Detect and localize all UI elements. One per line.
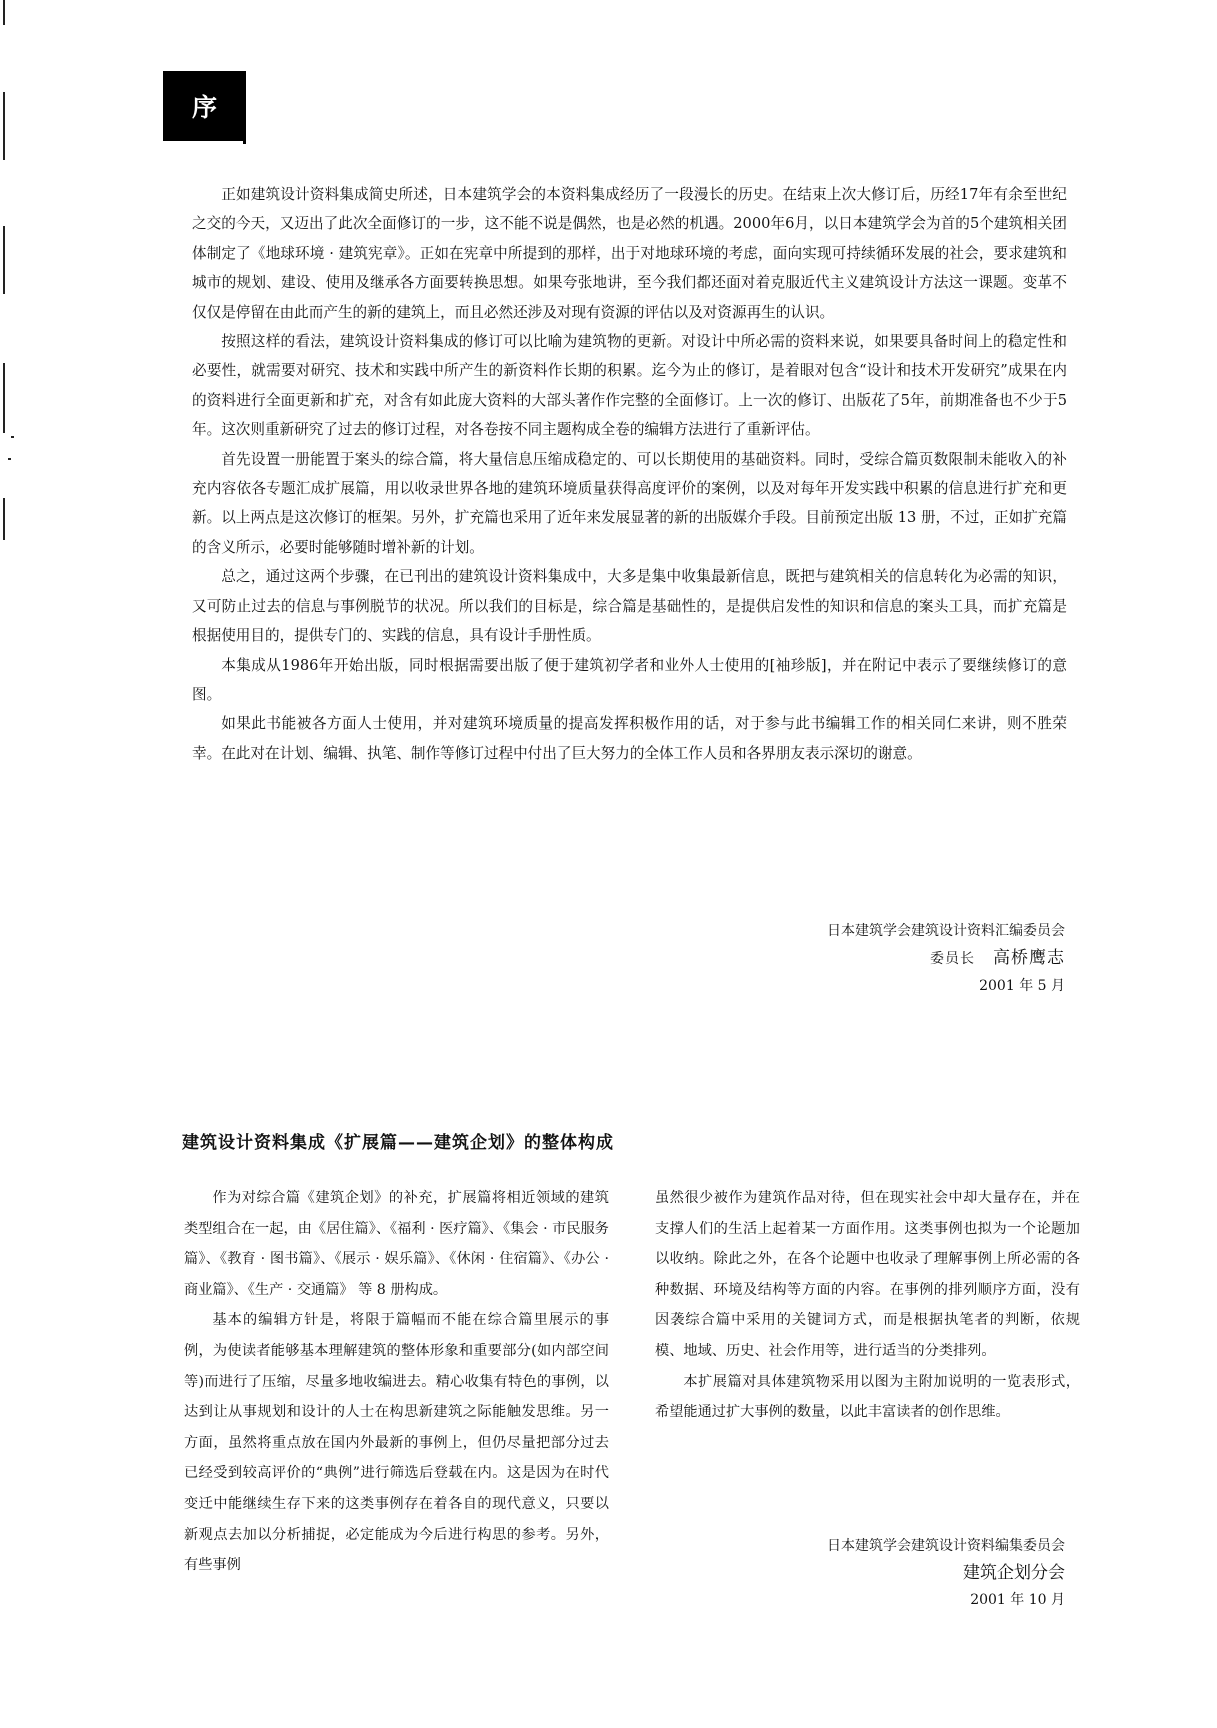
signature-name-line: 委员长高桥鹰志: [827, 945, 1065, 973]
signature-date: 2001 年 10 月: [827, 1587, 1065, 1614]
signature-date: 2001 年 5 月: [827, 973, 1065, 1000]
scan-artifact-line: [3, 498, 5, 540]
signature-organization: 日本建筑学会建筑设计资料汇编委员会: [827, 918, 1065, 945]
overview-paragraph: 基本的编辑方针是，将限于篇幅而不能在综合篇里展示的事例，为使读者能够基本理解建筑…: [184, 1305, 609, 1580]
overview-signature: 日本建筑学会建筑设计资料编集委员会 建筑企划分会 2001 年 10 月: [827, 1533, 1065, 1614]
signature-subcommittee: 建筑企划分会: [827, 1560, 1065, 1587]
scan-artifact-dot: [8, 458, 11, 460]
preface-signature: 日本建筑学会建筑设计资料汇编委员会 委员长高桥鹰志 2001 年 5 月: [827, 918, 1065, 1000]
overview-paragraph: 本扩展篇对具体建筑物采用以图为主附加说明的一览表形式，希望能通过扩大事例的数量，…: [655, 1367, 1080, 1428]
overview-right-column: 虽然很少被作为建筑作品对待，但在现实社会中却大量存在，并在支撑人们的生活上起着某…: [655, 1183, 1080, 1428]
scan-artifact-dot: [11, 436, 14, 438]
badge-mark: [243, 134, 246, 144]
overview-left-column: 作为对综合篇《建筑企划》的补充，扩展篇将相近领域的建筑类型组合在一起，由《居住篇…: [184, 1183, 609, 1581]
signature-organization: 日本建筑学会建筑设计资料编集委员会: [827, 1533, 1065, 1560]
preface-paragraph: 按照这样的看法，建筑设计资料集成的修订可以比喻为建筑物的更新。对设计中所必需的资…: [192, 327, 1067, 445]
overview-paragraph: 作为对综合篇《建筑企划》的补充，扩展篇将相近领域的建筑类型组合在一起，由《居住篇…: [184, 1183, 609, 1305]
scan-artifact-line: [3, 0, 5, 25]
scan-artifact-line: [3, 363, 5, 433]
overview-title: 建筑设计资料集成《扩展篇——建筑企划》的整体构成: [182, 1128, 614, 1153]
preface-body: 正如建筑设计资料集成简史所述，日本建筑学会的本资料集成经历了一段漫长的历史。在结…: [192, 180, 1067, 768]
scan-artifact-line: [3, 226, 5, 294]
overview-paragraph-continued: 虽然很少被作为建筑作品对待，但在现实社会中却大量存在，并在支撑人们的生活上起着某…: [655, 1183, 1080, 1367]
preface-paragraph: 本集成从1986年开始出版，同时根据需要出版了便于建筑初学者和业外人士使用的[袖…: [192, 651, 1067, 710]
scan-artifact-line: [3, 92, 5, 160]
signature-role: 委员长: [930, 951, 975, 967]
signature-name: 高桥鹰志: [993, 948, 1065, 968]
preface-paragraph: 正如建筑设计资料集成简史所述，日本建筑学会的本资料集成经历了一段漫长的历史。在结…: [192, 180, 1067, 327]
preface-paragraph: 首先设置一册能置于案头的综合篇，将大量信息压缩成稳定的、可以长期使用的基础资料。…: [192, 445, 1067, 563]
preface-paragraph: 总之，通过这两个步骤，在已刊出的建筑设计资料集成中，大多是集中收集最新信息，既把…: [192, 562, 1067, 650]
preface-badge: 序: [163, 71, 246, 141]
preface-paragraph: 如果此书能被各方面人士使用，并对建筑环境质量的提高发挥积极作用的话，对于参与此书…: [192, 709, 1067, 768]
